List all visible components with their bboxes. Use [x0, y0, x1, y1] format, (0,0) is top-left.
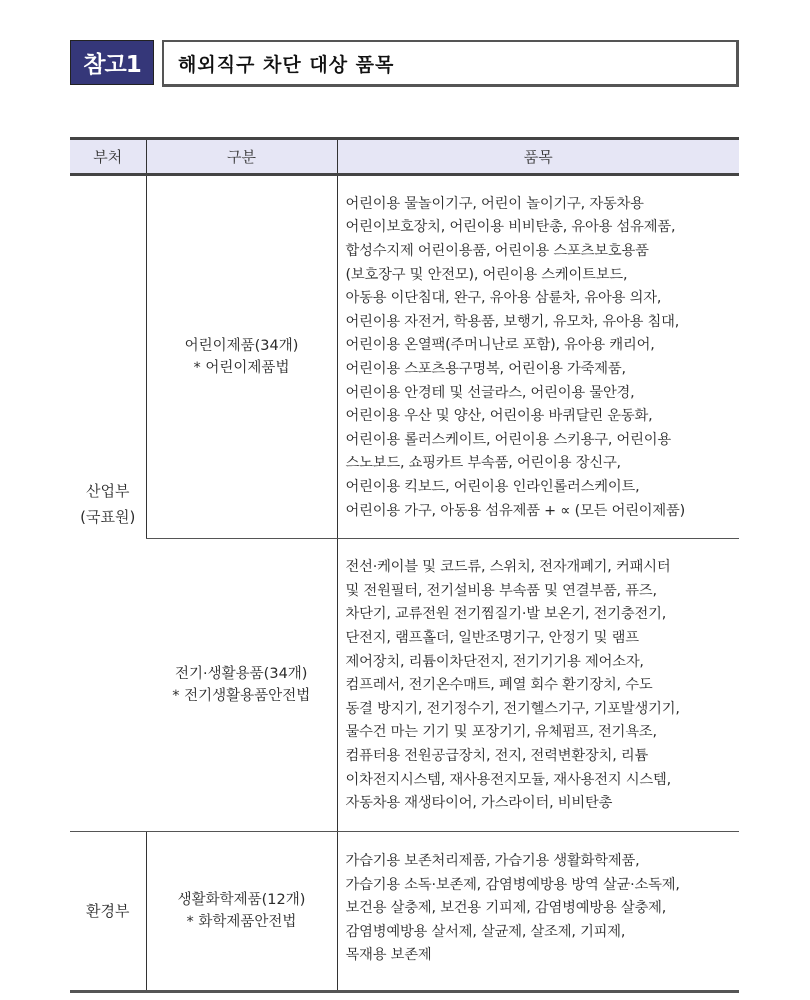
item-line: 목재용 보존제: [346, 944, 734, 968]
items-cell: 가습기용 보존처리제품, 가습기용 생활화학제품, 가습기용 소독·보존제, 감…: [337, 832, 739, 992]
category-cell: 생활화학제품(12개) * 화학제품안전법: [146, 832, 337, 992]
dept-cell: 환경부: [70, 832, 146, 992]
law-label: * 전기생활용품안전법: [146, 685, 337, 707]
item-line: 아동용 이단침대, 완구, 유아용 삼륜차, 유아용 의자,: [346, 287, 734, 311]
item-line: 차단기, 교류전원 전기찜질기·발 보온기, 전기충전기,: [346, 603, 734, 627]
category-label: 어린이제품(34개): [147, 335, 337, 357]
item-line: 어린이용 자전거, 학용품, 보행기, 유모차, 유아용 침대,: [346, 311, 734, 335]
item-line: 어린이보호장치, 어린이용 비비탄총, 유아용 섬유제품,: [346, 216, 734, 240]
table-row: 환경부 생활화학제품(12개) * 화학제품안전법 가습기용 보존처리제품, 가…: [70, 832, 739, 992]
column-header-dept: 부처: [70, 139, 146, 175]
dept-cell: 산업부 (국표원): [70, 175, 146, 832]
item-line: 감염병예방용 살서제, 살균제, 살조제, 기피제,: [346, 921, 734, 945]
reference-badge: 참고1: [70, 40, 154, 85]
item-line: 어린이용 가구, 아동용 섬유제품 + ∝ (모든 어린이제품): [346, 500, 734, 524]
table-row: 전기·생활용품(34개) * 전기생활용품안전법 전선·케이블 및 코드류, 스…: [70, 539, 739, 832]
item-line: 어린이용 물놀이기구, 어린이 놀이기구, 자동차용: [346, 193, 734, 217]
item-line: 및 전원필터, 전기설비용 부속품 및 연결부품, 퓨즈,: [346, 580, 734, 604]
item-line: 합성수지제 어린이용품, 어린이용 스포츠보호용품: [346, 240, 734, 264]
items-cell: 전선·케이블 및 코드류, 스위치, 전자개폐기, 커패시터 및 전원필터, 전…: [337, 539, 739, 832]
column-header-items: 품목: [337, 139, 739, 175]
item-line: 어린이용 스포츠용구명복, 어린이용 가죽제품,: [346, 358, 734, 382]
item-line: 어린이용 롤러스케이트, 어린이용 스키용구, 어린이용: [346, 429, 734, 453]
category-cell: 어린이제품(34개) * 어린이제품법: [146, 175, 337, 539]
item-line: 단전지, 램프홀더, 일반조명기구, 안정기 및 램프: [346, 627, 734, 651]
section-title-bar: 참고1 해외직구 차단 대상 품목: [70, 40, 739, 87]
item-line: 어린이용 우산 및 양산, 어린이용 바퀴달린 운동화,: [346, 405, 734, 429]
item-line: 어린이용 안경테 및 선글라스, 어린이용 물안경,: [346, 382, 734, 406]
blocked-items-table: 부처 구분 품목 산업부 (국표원) 어린이제품(34개) * 어린이제품법 어…: [70, 137, 739, 993]
item-line: 가습기용 보존처리제품, 가습기용 생활화학제품,: [346, 850, 734, 874]
item-line: 어린이용 온열팩(주머니난로 포함), 유아용 캐리어,: [346, 334, 734, 358]
category-cell: 전기·생활용품(34개) * 전기생활용품안전법: [146, 539, 337, 832]
item-line: 자동차용 재생타이어, 가스라이터, 비비탄총: [346, 792, 734, 816]
dept-name: 환경부: [70, 898, 146, 924]
item-line: 전선·케이블 및 코드류, 스위치, 전자개폐기, 커패시터: [346, 556, 734, 580]
table-header-row: 부처 구분 품목: [70, 139, 739, 175]
category-label: 생활화학제품(12개): [147, 889, 337, 911]
item-line: 어린이용 킥보드, 어린이용 인라인롤러스케이트,: [346, 476, 734, 500]
item-line: 컴퓨터용 전원공급장치, 전지, 전력변환장치, 리튬: [346, 745, 734, 769]
law-label: * 어린이제품법: [147, 357, 337, 379]
category-label: 전기·생활용품(34개): [146, 663, 337, 685]
dept-name: 산업부: [70, 478, 146, 504]
item-line: 물수건 마는 기기 및 포장기기, 유체펌프, 전기욕조,: [346, 721, 734, 745]
column-header-category: 구분: [146, 139, 337, 175]
item-line: 동결 방지기, 전기정수기, 전기헬스기구, 기포발생기기,: [346, 698, 734, 722]
item-line: 보건용 살충제, 보건용 기피제, 감염병예방용 살충제,: [346, 897, 734, 921]
item-line: 이차전지시스템, 재사용전지모듈, 재사용전지 시스템,: [346, 769, 734, 793]
table-row: 산업부 (국표원) 어린이제품(34개) * 어린이제품법 어린이용 물놀이기구…: [70, 175, 739, 539]
item-line: 제어장치, 리튬이차단전지, 전기기기용 제어소자,: [346, 651, 734, 675]
page-title: 해외직구 차단 대상 품목: [162, 40, 739, 87]
items-cell: 어린이용 물놀이기구, 어린이 놀이기구, 자동차용 어린이보호장치, 어린이용…: [337, 175, 739, 539]
dept-agency: (국표원): [70, 504, 146, 530]
item-line: 가습기용 소독·보존제, 감염병예방용 방역 살균·소독제,: [346, 874, 734, 898]
item-line: 컴프레서, 전기온수매트, 폐열 회수 환기장치, 수도: [346, 674, 734, 698]
law-label: * 화학제품안전법: [147, 911, 337, 933]
item-line: (보호장구 및 안전모), 어린이용 스케이트보드,: [346, 264, 734, 288]
item-line: 스노보드, 쇼핑카트 부속품, 어린이용 장신구,: [346, 452, 734, 476]
